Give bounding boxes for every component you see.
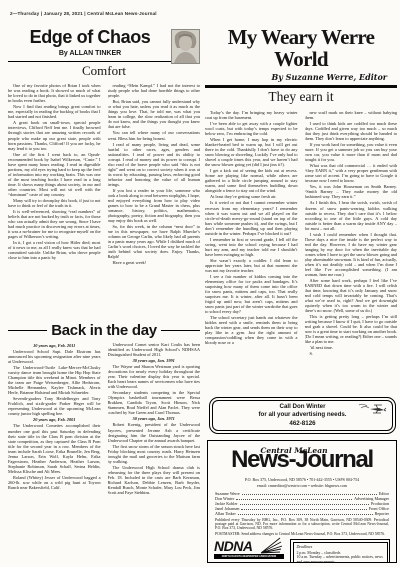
back-in-the-day-header: Back in the day: [8, 323, 200, 338]
masthead-box: Central McLean News-Journal P.O. Box 375…: [207, 440, 397, 563]
paragraph: It is well-referenced, showing “real num…: [8, 209, 101, 239]
deadlines-title: Deadlines: [297, 545, 384, 550]
paragraph: If you lost a reader in your life, someo…: [108, 188, 201, 223]
masthead-contact-line: email: cmneditor@westriv.com • website: …: [213, 484, 391, 489]
dot-leader: [241, 509, 366, 510]
masthead-bottom-row: NDNA NORTH DAKOTA NEWSPAPER ASSOCIATION …: [213, 539, 391, 563]
deadlines-box: Deadlines 2 p.m. Monday – classifieds10 …: [290, 539, 390, 563]
nameplate-script-central-mclean: Central McLean: [260, 446, 327, 455]
staff-list: Suzanne Werre Editor Don Winter Advertis…: [215, 491, 389, 517]
paragraph: Roland (Whitey) Jesser of Underwood bagg…: [8, 475, 101, 490]
paragraph: Today’s the day. I’m bringing my heavy w…: [205, 110, 298, 120]
they-earn-it-column-1: Today’s the day. I’m bringing my heavy w…: [205, 110, 298, 410]
staff-role: Reporter: [375, 511, 389, 516]
section-title-back-in-the-day: Back in the day: [51, 323, 157, 338]
newspaper-page: 2—Thursday | January 28, 2021 | Central …: [0, 0, 400, 567]
paragraph: I used to think kids are coddled too muc…: [305, 121, 398, 141]
column-heading-comfort: Comfort: [8, 64, 200, 78]
paragraph: reading “Mein Kampf.” I had not the inte…: [108, 83, 201, 98]
editor-headshot-photo: [171, 29, 200, 64]
paragraph: Seventh-graders Tony Heidelberger and To…: [8, 396, 101, 416]
era-subhead: 30 years ago, Jan. 1991: [108, 358, 201, 363]
paragraph: The Underwood Comettes accomplished thei…: [8, 423, 101, 473]
back-in-the-day-body: 10 years ago, Feb. 2011Underwood School …: [8, 342, 200, 556]
article-edge-of-chaos: Edge of Chaos By ALLAN TINKER Comfort On…: [8, 22, 200, 315]
paragraph: The Wayne and Sharon Westman yard is spo…: [108, 364, 201, 389]
ndna-fan-icon: [260, 536, 282, 554]
dot-leader: [236, 499, 352, 500]
back-in-the-day-column-1: 10 years ago, Feb. 2011Underwood School …: [8, 342, 101, 556]
paragraph: At least they’re getting some fresh air.: [205, 194, 298, 199]
they-earn-it-column-2: new scuff mark on their knee – without b…: [305, 110, 398, 410]
article-my-weary-werre-world: My Weary Werre World By Suzanne Werre, E…: [205, 24, 397, 410]
back-in-the-day-column-2: Underwood Comet senior Kari Coulis has b…: [108, 342, 201, 556]
paragraph: Underwood School Supt. Dale Ekstrom has …: [8, 349, 101, 364]
paragraph: The Underwood-Turtle Lake-Mercer-McClusk…: [8, 365, 101, 395]
comfort-column-2: reading “Mein Kampf.” I had not the inte…: [108, 83, 201, 315]
paragraph: Many will try to downplay this book, if …: [8, 198, 101, 208]
paragraph: Robert Koenig, president of the Underwoo…: [108, 422, 201, 442]
paragraph: One of the first I went back to, an Opra…: [8, 152, 101, 197]
paragraph: This is getting pretty long – perhaps I’…: [305, 314, 398, 344]
paragraph: S.: [305, 351, 398, 356]
paragraph: As I finish this, I hear the swish, swis…: [305, 200, 398, 230]
era-subhead: 20 years ago, Feb. 2001: [8, 417, 101, 422]
paragraph: When I get home, I may hop in my electri…: [205, 137, 298, 167]
article-title-my-weary-werre-world: My Weary Werre World: [205, 26, 397, 70]
paragraph: The Underwood High School drama club is …: [108, 465, 201, 495]
headline-thick-rule: [205, 85, 397, 88]
deadlines-box-inner: Deadlines 2 p.m. Monday – classifieds10 …: [293, 542, 388, 563]
paragraph: What was that old commercial … it ended …: [305, 163, 398, 183]
paragraph: Is it weird or not that I cannot remembe…: [205, 200, 298, 235]
staff-name: Allan Tinker: [215, 511, 236, 516]
paragraph: In it, I got a real vision of how Hitler…: [8, 240, 101, 260]
advertising-box-inner: Call Don Winter for all your advertising…: [212, 400, 393, 431]
paragraph: But, Brian said, you cannot fully unders…: [108, 99, 201, 129]
deadlines-list: 2 p.m. Monday – classifieds10 a.m. Tuesd…: [297, 551, 384, 563]
paragraph: The school secretary just hands out what…: [205, 315, 298, 345]
article-title-edge-of-chaos: Edge of Chaos: [8, 28, 172, 47]
they-earn-it-body: Today’s the day. I’m bringing my heavy w…: [205, 110, 397, 410]
paragraph: So, for this week, in the column “next d…: [108, 224, 201, 259]
page-folio: 2—Thursday | January 28, 2021 | Central …: [10, 11, 157, 16]
paragraph: She wasn’t exactly a coddler. I did lear…: [205, 258, 298, 273]
era-subhead: 50 years ago, Jan. 1971: [108, 416, 201, 421]
byline-suzanne-werre: By Suzanne Werre, Editor: [205, 72, 397, 82]
ad-phone-number: 462-8126: [213, 420, 392, 428]
paragraph: I get a kick out of seeing the kids out …: [205, 168, 298, 193]
dot-leader: [238, 514, 373, 515]
dot-leader: [242, 494, 377, 495]
section-back-in-the-day: Back in the day 10 years ago, Feb. 2011U…: [8, 323, 200, 556]
postmaster-statement: POSTMASTER: Send address changes to Cent…: [215, 532, 389, 536]
paragraph: A great book on small-town, special peop…: [8, 120, 101, 150]
paragraph: Have a great week!: [108, 260, 201, 265]
ndna-logo: NDNA NORTH DAKOTA NEWSPAPER ASSOCIATION: [214, 539, 284, 559]
paragraph: I read of many people, living and dead, …: [108, 142, 201, 187]
ndna-tagline: NORTH DAKOTA NEWSPAPER ASSOCIATION: [214, 554, 284, 559]
comfort-column-1: One of my favorite photos of Brian I too…: [8, 83, 101, 315]
paragraph: 10 a.m. Tuesday – advertisements, public…: [297, 555, 384, 563]
paragraph: Now I find that reading brings great com…: [8, 104, 101, 119]
comfort-body: One of my favorite photos of Brian I too…: [8, 83, 200, 315]
column-heading-they-earn-it: They earn it: [205, 90, 397, 105]
paragraph: I see a fair number of kiddos coming int…: [205, 274, 298, 314]
dot-leader: [240, 504, 369, 505]
portrait-illustration: [172, 30, 199, 63]
biplane-icon: [357, 402, 387, 416]
heading-rule-left: [8, 330, 47, 331]
paragraph: Yes, it was John Houseman on Smith Barne…: [305, 184, 398, 199]
paragraph: One of my favorite photos of Brian I too…: [8, 83, 101, 103]
byline-allan-tinker: By ALLAN TINKER: [8, 50, 172, 57]
paragraph: You can tell where many of our conversat…: [108, 130, 201, 140]
paragraph: new scuff mark on their knee – without b…: [305, 110, 398, 120]
paragraph: Underwood Comet senior Kari Coulis has b…: [108, 342, 201, 357]
era-subhead: 10 years ago, Feb. 2011: [8, 343, 101, 348]
publication-statement: Published every Thursday by BHG, Inc., P…: [215, 518, 389, 531]
paragraph: I’ve been able to get away with a couple…: [205, 121, 298, 136]
staff-row-reporter: Allan Tinker Reporter: [215, 511, 389, 516]
paragraph: ’til next time.: [305, 345, 398, 350]
paragraph: After some hard work, perhaps I feel lik…: [305, 278, 398, 313]
heading-rule-right: [161, 330, 200, 331]
paragraph: I remember in first or second grade, I f…: [205, 237, 298, 257]
paragraph: Secondary students competing in the Spec…: [108, 390, 201, 415]
nameplate: Central McLean News-Journal: [213, 448, 391, 477]
paragraph: The first snow storm of the season struc…: [108, 444, 201, 464]
paragraph: If you work hard for something, you valu…: [305, 142, 398, 162]
paragraph: I wish I could remember when I thought t…: [305, 232, 398, 277]
advertising-box: Call Don Winter for all your advertising…: [209, 397, 396, 434]
